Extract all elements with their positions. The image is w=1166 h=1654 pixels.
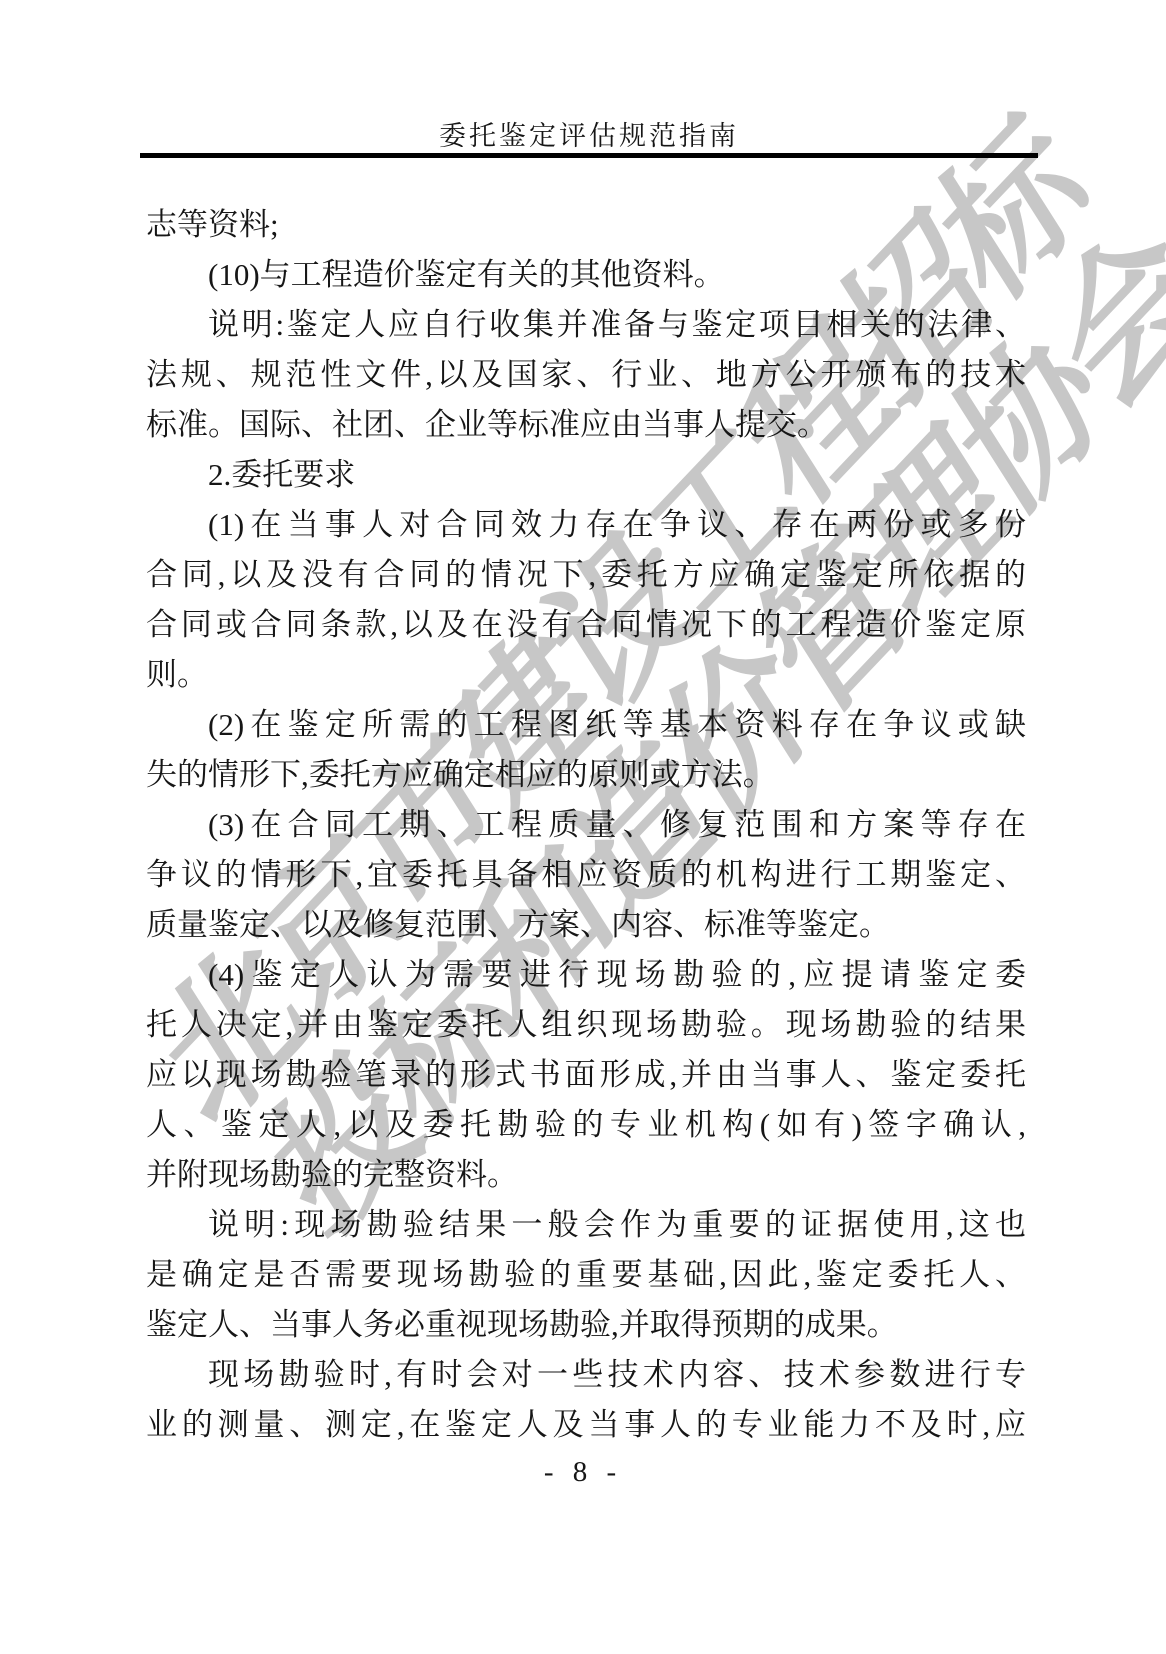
- body-line: (2)在鉴定所需的工程图纸等基本资料存在争议或缺: [146, 700, 1026, 750]
- body-line: 业的测量、测定,在鉴定人及当事人的专业能力不及时,应: [146, 1400, 1026, 1450]
- body-line: 说明:现场勘验结果一般会作为重要的证据使用,这也: [146, 1200, 1026, 1250]
- body-line: 志等资料;: [146, 200, 1026, 250]
- body-line: (4)鉴定人认为需要进行现场勘验的,应提请鉴定委: [146, 950, 1026, 1000]
- body-line: 争议的情形下,宜委托具备相应资质的机构进行工期鉴定、: [146, 850, 1026, 900]
- body-line: 法规、规范性文件,以及国家、行业、地方公开颁布的技术: [146, 350, 1026, 400]
- body-line: 鉴定人、当事人务必重视现场勘验,并取得预期的成果。: [146, 1300, 1026, 1350]
- body-line: 是确定是否需要现场勘验的重要基础,因此,鉴定委托人、: [146, 1250, 1026, 1300]
- header-divider: [140, 153, 1038, 158]
- page-number: - 8 -: [0, 1456, 1166, 1489]
- page-header-title: 委托鉴定评估规范指南: [140, 114, 1038, 153]
- body-line: 2.委托要求: [146, 450, 1026, 500]
- body-line: (3)在合同工期、工程质量、修复范围和方案等存在: [146, 800, 1026, 850]
- body-line: 则。: [146, 650, 1026, 700]
- body-line: 合同或合同条款,以及在没有合同情况下的工程造价鉴定原: [146, 600, 1026, 650]
- body-line: 人、鉴定人,以及委托勘验的专业机构(如有)签字确认,: [146, 1100, 1026, 1150]
- body-line: 标准。国际、社团、企业等标准应由当事人提交。: [146, 400, 1026, 450]
- body-line: 托人决定,并由鉴定委托人组织现场勘验。现场勘验的结果: [146, 1000, 1026, 1050]
- document-page: 北京市建设工程招标 投标和造价管理协会 委托鉴定评估规范指南 志等资料;(10)…: [0, 0, 1166, 1654]
- body-line: 现场勘验时,有时会对一些技术内容、技术参数进行专: [146, 1350, 1026, 1400]
- body-line: 说明:鉴定人应自行收集并准备与鉴定项目相关的法律、: [146, 300, 1026, 350]
- body-line: 合同,以及没有合同的情况下,委托方应确定鉴定所依据的: [146, 550, 1026, 600]
- body-text: 志等资料;(10)与工程造价鉴定有关的其他资料。说明:鉴定人应自行收集并准备与鉴…: [146, 200, 1026, 1450]
- body-line: (1)在当事人对合同效力存在争议、存在两份或多份: [146, 500, 1026, 550]
- body-line: 并附现场勘验的完整资料。: [146, 1150, 1026, 1200]
- body-line: 失的情形下,委托方应确定相应的原则或方法。: [146, 750, 1026, 800]
- body-line: 应以现场勘验笔录的形式书面形成,并由当事人、鉴定委托: [146, 1050, 1026, 1100]
- body-line: (10)与工程造价鉴定有关的其他资料。: [146, 250, 1026, 300]
- body-line: 质量鉴定、以及修复范围、方案、内容、标准等鉴定。: [146, 900, 1026, 950]
